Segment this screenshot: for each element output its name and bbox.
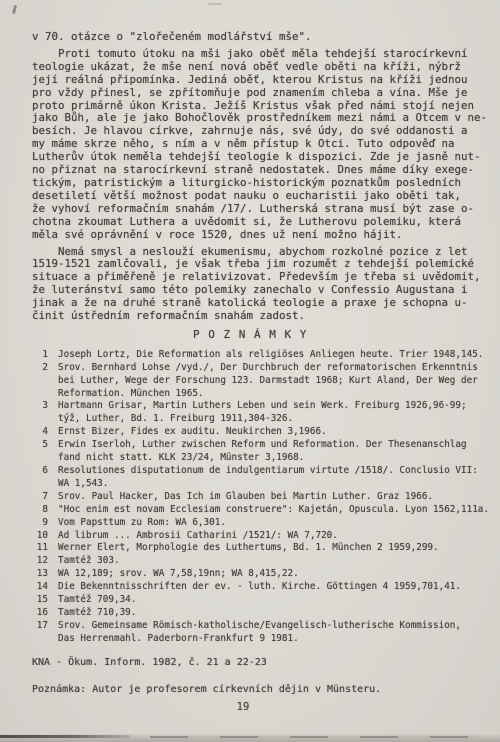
footnote-number: 13 [32,568,48,581]
footnote-number: 4 [32,426,48,439]
footnote-item: 3 Hartmann Grisar, Martin Luthers Leben … [32,400,496,426]
footnote-text: Ernst Bizer, Fides ex auditu. Neukirchen… [58,426,496,439]
footnote-item: 12 Tamtéž 303. [32,555,496,568]
footnote-item: 10 Ad librum ... Ambrosii Catharini /152… [32,530,496,543]
footnote-text: Tamtéž 710,39. [58,607,496,620]
footnote-number: 8 [32,504,48,517]
footnote-item: 11 Werner Elert, Morphologie des Luthert… [32,542,496,555]
scan-speck [208,3,222,5]
footnote-number: 17 [32,620,48,646]
footnote-text: Srov. Gemeinsame Römisch-katholische/Eva… [58,620,496,646]
scan-edge [0,734,500,742]
footnote-item: 17 Srov. Gemeinsame Römisch-katholische/… [32,620,496,646]
page-content: v 70. otázce o "zlořečeném modlářství mš… [32,31,496,697]
footnote-number: 6 [32,465,48,491]
footnote-text: Tamtéž 709,34. [58,594,496,607]
notes-heading: P O Z N Á M K Y [32,329,496,342]
footnote-item: 8 "Hoc enim est novam Ecclesiam construe… [32,504,496,517]
footnote-number: 10 [32,530,48,543]
footnote-number: 14 [32,581,48,594]
footnote-number: 12 [32,555,48,568]
footnote-number: 11 [32,542,48,555]
footnote-item: 14 Die Bekenntnisschriften der ev. - lut… [32,581,496,594]
footnote-text: Resolutiones disputationum de indulgenti… [58,465,496,491]
footnote-item: 4 Ernst Bizer, Fides ex auditu. Neukirch… [32,426,496,439]
footnote-text: WA 12,189; srov. WA 7,58,19nn; WA 8,415,… [58,568,496,581]
paragraph: Nemá smysl a neslouží ekumenismu, abycho… [32,246,496,323]
footnote-number: 1 [32,349,48,362]
footnote-number: 5 [32,439,48,465]
intro-line: v 70. otázce o "zlořečeném modlářství mš… [32,31,496,44]
author-note-line: Poznámka: Autor je profesorem církevních… [32,684,496,697]
footnote-number: 3 [32,400,48,426]
footnote-number: 7 [32,491,48,504]
footnotes-list: 1 Joseph Lortz, Die Reformation als reli… [32,349,496,646]
footnote-item: 13 WA 12,189; srov. WA 7,58,19nn; WA 8,4… [32,568,496,581]
footnote-number: 15 [32,594,48,607]
footnote-text: Die Bekenntnisschriften der ev. - luth. … [58,581,496,594]
footnote-text: Werner Elert, Morphologie des Luthertums… [58,542,496,555]
page-number: 19 [0,701,486,713]
footnote-number: 2 [32,362,48,401]
footnote-text: Srov. Paul Hacker, Das Ich im Glauben be… [58,491,496,504]
paragraph: Proti tomuto útoku na mši jako oběť měla… [32,48,496,242]
footnote-text: Ad librum ... Ambrosii Catharini /1521/:… [58,530,496,543]
footnote-item: 1 Joseph Lortz, Die Reformation als reli… [32,349,496,362]
footnote-item: 15 Tamtéž 709,34. [32,594,496,607]
footnote-text: "Hoc enim est novam Ecclesiam construere… [58,504,496,517]
scan-speck [12,5,17,14]
source-reference-line: KNA - Ökum. Inform. 1982, č. 21 a 22-23 [32,657,496,670]
footnote-number: 16 [32,607,48,620]
footnote-text: Vom Papsttum zu Rom: WA 6,301. [58,517,496,530]
footnote-text: Srov. Bernhard Lohse /vyd./, Der Durchbr… [58,362,496,401]
footnote-item: 16 Tamtéž 710,39. [32,607,496,620]
scanned-document-page: v 70. otázce o "zlořečeném modlářství mš… [0,0,500,742]
footnote-number: 9 [32,517,48,530]
footnote-item: 5 Erwin Iserloh, Luther zwischen Reform … [32,439,496,465]
footnote-item: 7 Srov. Paul Hacker, Das Ich im Glauben … [32,491,496,504]
footnote-text: Tamtéž 303. [58,555,496,568]
footnote-text: Hartmann Grisar, Martin Luthers Leben un… [58,400,496,426]
footnote-text: Erwin Iserloh, Luther zwischen Reform un… [58,439,496,465]
footnote-text: Joseph Lortz, Die Reformation als religi… [58,349,496,362]
footnote-item: 2 Srov. Bernhard Lohse /vyd./, Der Durch… [32,362,496,401]
footnote-item: 9 Vom Papsttum zu Rom: WA 6,301. [32,517,496,530]
footnote-item: 6 Resolutiones disputationum de indulgen… [32,465,496,491]
